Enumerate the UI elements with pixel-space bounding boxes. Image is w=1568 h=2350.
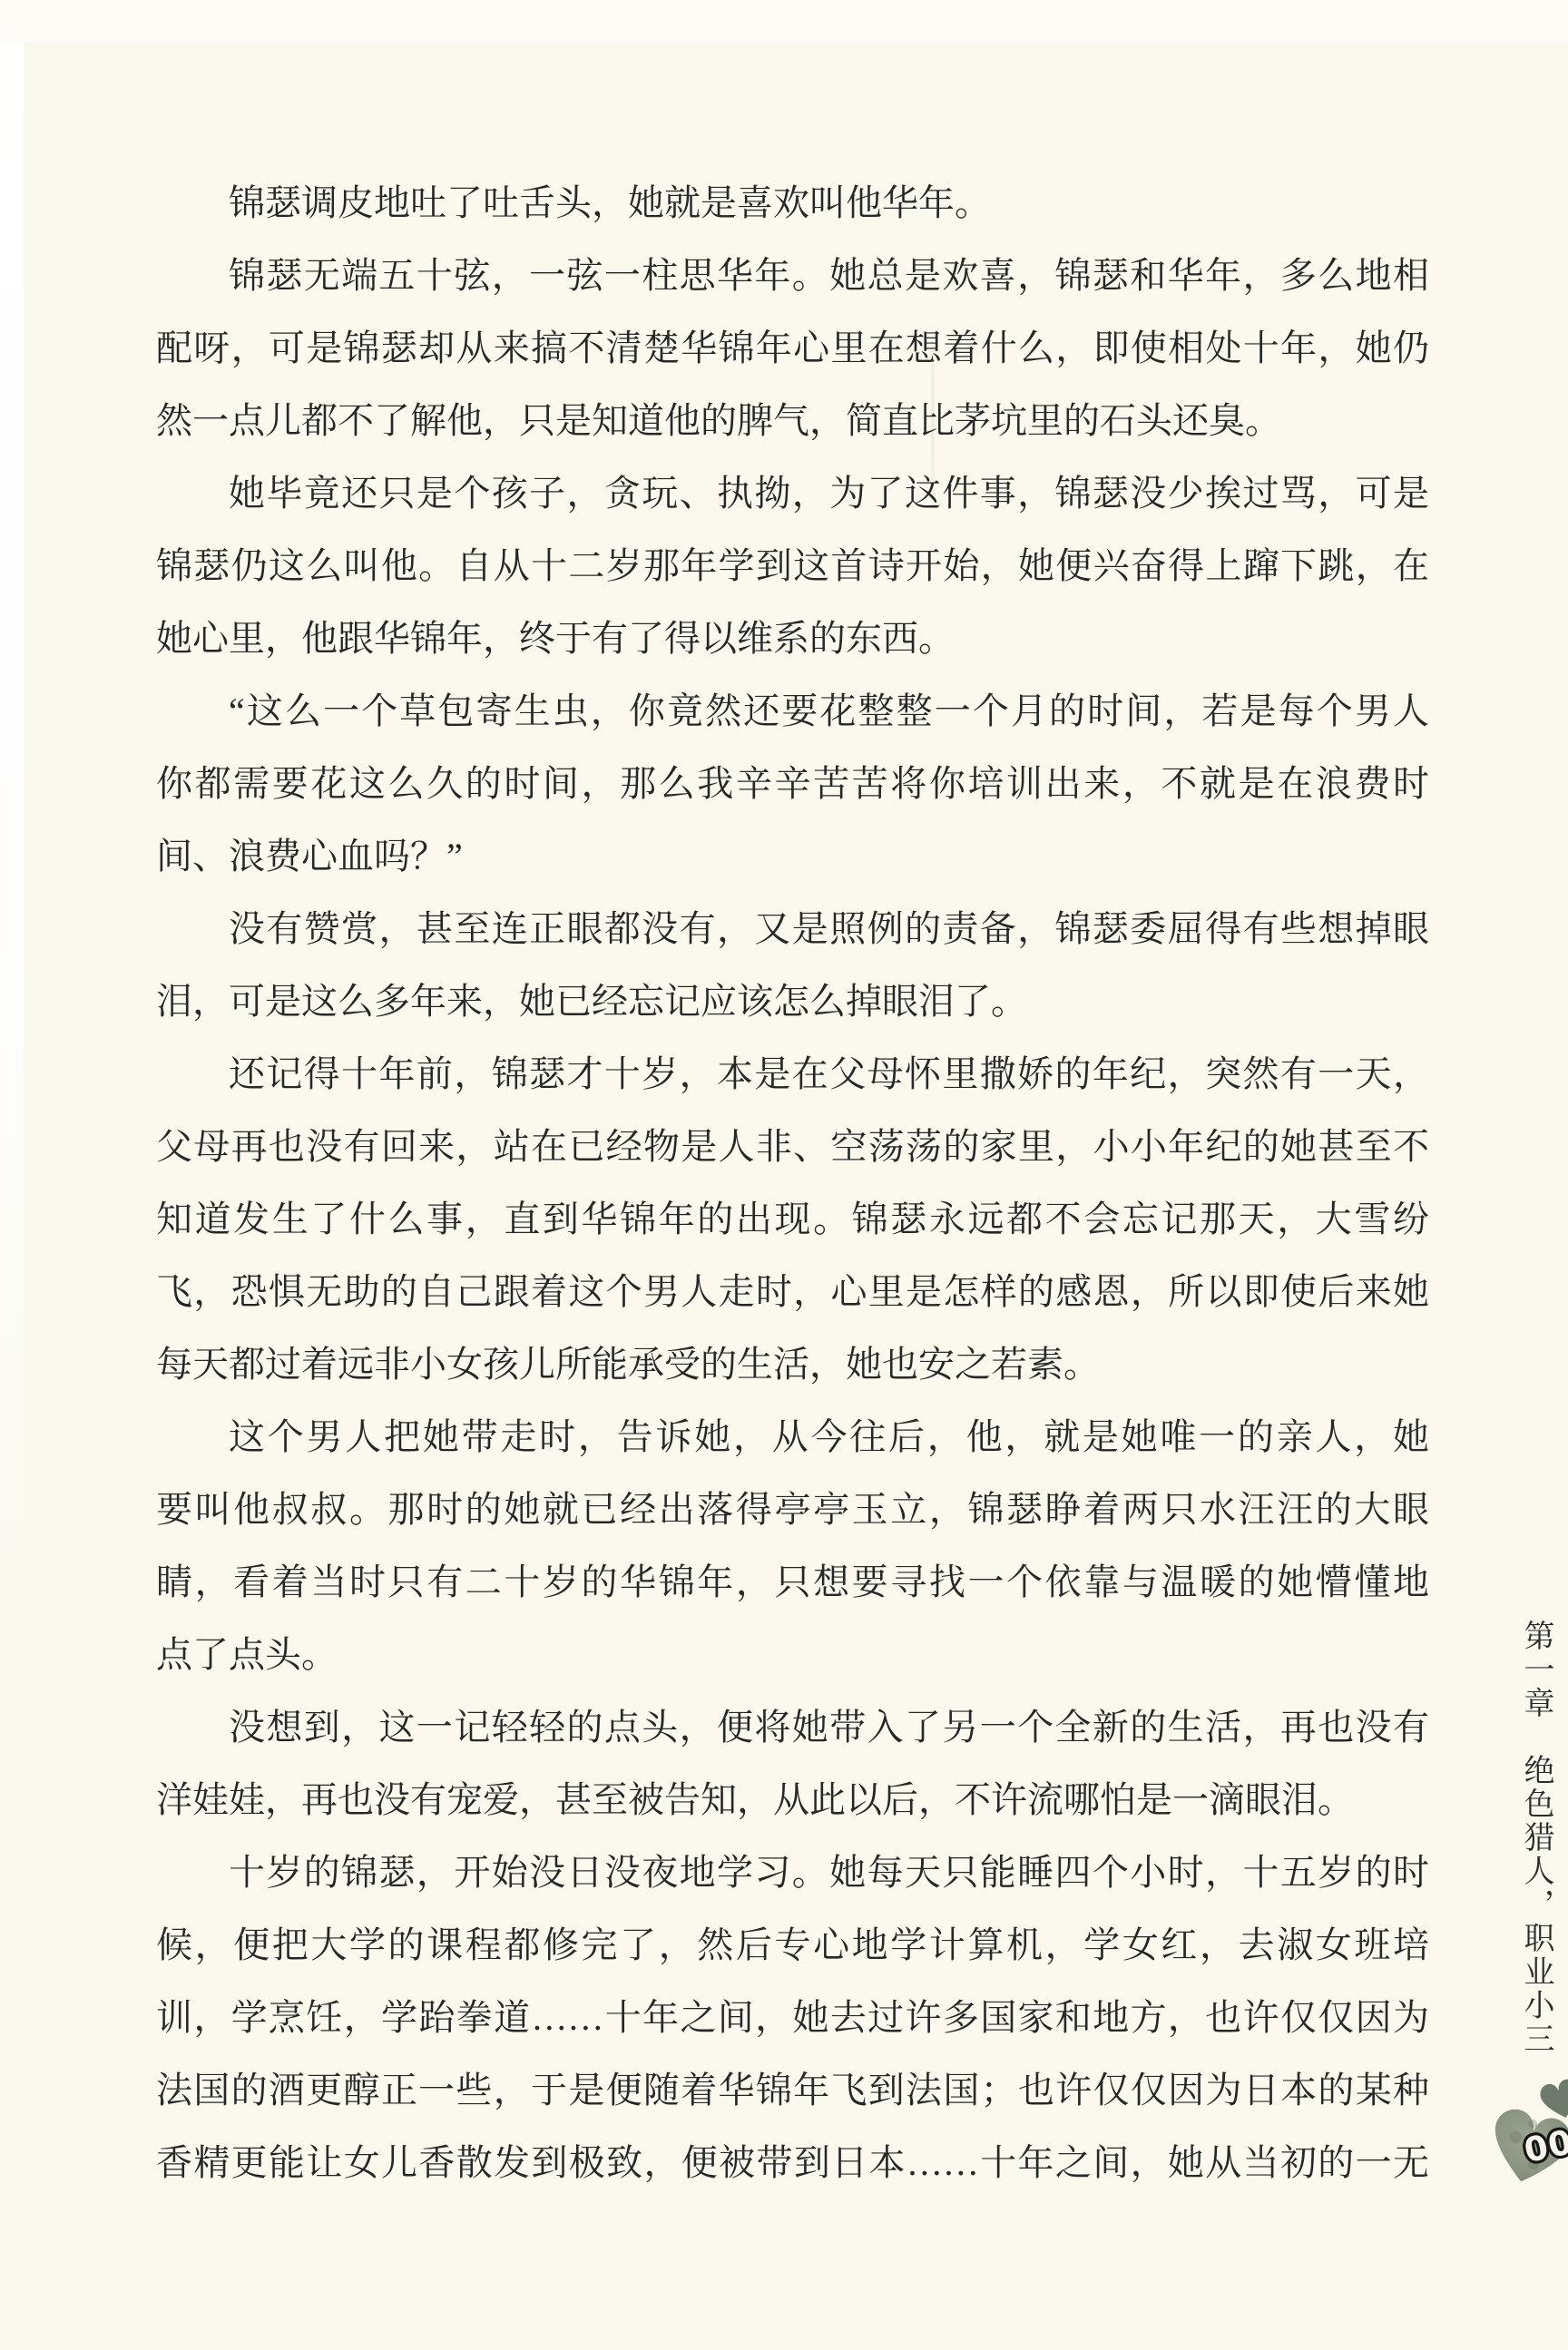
text-line: 飞，恐惧无助的自己跟着这个男人走时，心里是怎样的感恩，所以即使后来她 bbox=[156, 1256, 1429, 1328]
text-line: 法国的酒更醇正一些，于是便随着华锦年飞到法国；也许仅仅因为日本的某种 bbox=[156, 2054, 1429, 2127]
text-line: 父母再也没有回来，站在已经物是人非、空荡荡的家里，小小年纪的她甚至不 bbox=[156, 1111, 1429, 1183]
page-scan: 锦瑟调皮地吐了吐舌头，她就是喜欢叫他华年。 锦瑟无端五十弦，一弦一柱思华年。她总… bbox=[0, 0, 1568, 2350]
text-line: 香精更能让女儿香散发到极致，便被带到日本……十年之间，她从当初的一无 bbox=[156, 2127, 1429, 2199]
text-line: 睛，看着当时只有二十岁的华锦年，只想要寻找一个依靠与温暖的她懵懂地 bbox=[156, 1546, 1429, 1619]
text-line: 候，便把大学的课程都修完了，然后专心地学计算机，学女红，去淑女班培 bbox=[156, 1909, 1429, 1982]
text-line: 锦瑟调皮地吐了吐舌头，她就是喜欢叫他华年。 bbox=[156, 167, 1429, 240]
text-line: 锦瑟仍这么叫他。自从十二岁那年学到这首诗开始，她便兴奋得上蹿下跳，在 bbox=[156, 530, 1429, 602]
top-edge-highlight bbox=[0, 0, 1568, 42]
left-edge-highlight bbox=[0, 42, 24, 1584]
text-line: 她心里，他跟华锦年，终于有了得以维系的东西。 bbox=[156, 602, 1429, 675]
text-line: 点了点头。 bbox=[156, 1619, 1429, 1691]
text-line: 没想到，这一记轻轻的点头，便将她带入了另一个全新的生活，再也没有 bbox=[156, 1691, 1429, 1764]
text-line: 锦瑟无端五十弦，一弦一柱思华年。她总是欢喜，锦瑟和华年，多么地相 bbox=[156, 240, 1429, 312]
text-line: 配呀，可是锦瑟却从来搞不清楚华锦年心里在想着什么，即使相处十年，她仍 bbox=[156, 312, 1429, 385]
page-number-badge: 005 bbox=[1468, 2073, 1568, 2191]
text-line: 间、浪费心血吗？” bbox=[156, 820, 1429, 893]
text-line: 然一点儿都不了解他，只是知道他的脾气，简直比茅坑里的石头还臭。 bbox=[156, 385, 1429, 457]
text-line: 每天都过着远非小女孩儿所能承受的生活，她也安之若素。 bbox=[156, 1328, 1429, 1401]
text-line: 这个男人把她带走时，告诉她，从今往后，他，就是她唯一的亲人，她 bbox=[156, 1401, 1429, 1474]
text-line: “这么一个草包寄生虫，你竟然还要花整整一个月的时间，若是每个男人 bbox=[156, 675, 1429, 748]
text-line: 你都需要花这么久的时间，那么我辛辛苦苦将你培训出来，不就是在浪费时 bbox=[156, 748, 1429, 820]
text-line: 还记得十年前，锦瑟才十岁，本是在父母怀里撒娇的年纪，突然有一天， bbox=[156, 1038, 1429, 1111]
text-line: 她毕竟还只是个孩子，贪玩、执拗，为了这件事，锦瑟没少挨过骂，可是 bbox=[156, 457, 1429, 530]
text-line: 十岁的锦瑟，开始没日没夜地学习。她每天只能睡四个小时，十五岁的时 bbox=[156, 1836, 1429, 1909]
heart-small-icon bbox=[1538, 2077, 1568, 2122]
text-line: 洋娃娃，再也没有宠爱，甚至被告知，从此以后，不许流哪怕是一滴眼泪。 bbox=[156, 1764, 1429, 1836]
text-line: 知道发生了什么事，直到华锦年的出现。锦瑟永远都不会忘记那天，大雪纷 bbox=[156, 1183, 1429, 1256]
text-line: 泪，可是这么多年来，她已经忘记应该怎么掉眼泪了。 bbox=[156, 965, 1429, 1038]
text-line: 没有赞赏，甚至连正眼都没有，又是照例的责备，锦瑟委屈得有些想掉眼 bbox=[156, 893, 1429, 965]
text-line: 要叫他叔叔。那时的她就已经出落得亭亭玉立，锦瑟睁着两只水汪汪的大眼 bbox=[156, 1474, 1429, 1546]
text-block: 锦瑟调皮地吐了吐舌头，她就是喜欢叫他华年。 锦瑟无端五十弦，一弦一柱思华年。她总… bbox=[156, 167, 1429, 2199]
text-line: 训，学烹饪，学跆拳道……十年之间，她去过许多国家和地方，也许仅仅因为 bbox=[156, 1982, 1429, 2054]
chapter-title-vertical: 第一章 绝色猎人，职业小三 bbox=[1514, 1620, 1558, 2056]
